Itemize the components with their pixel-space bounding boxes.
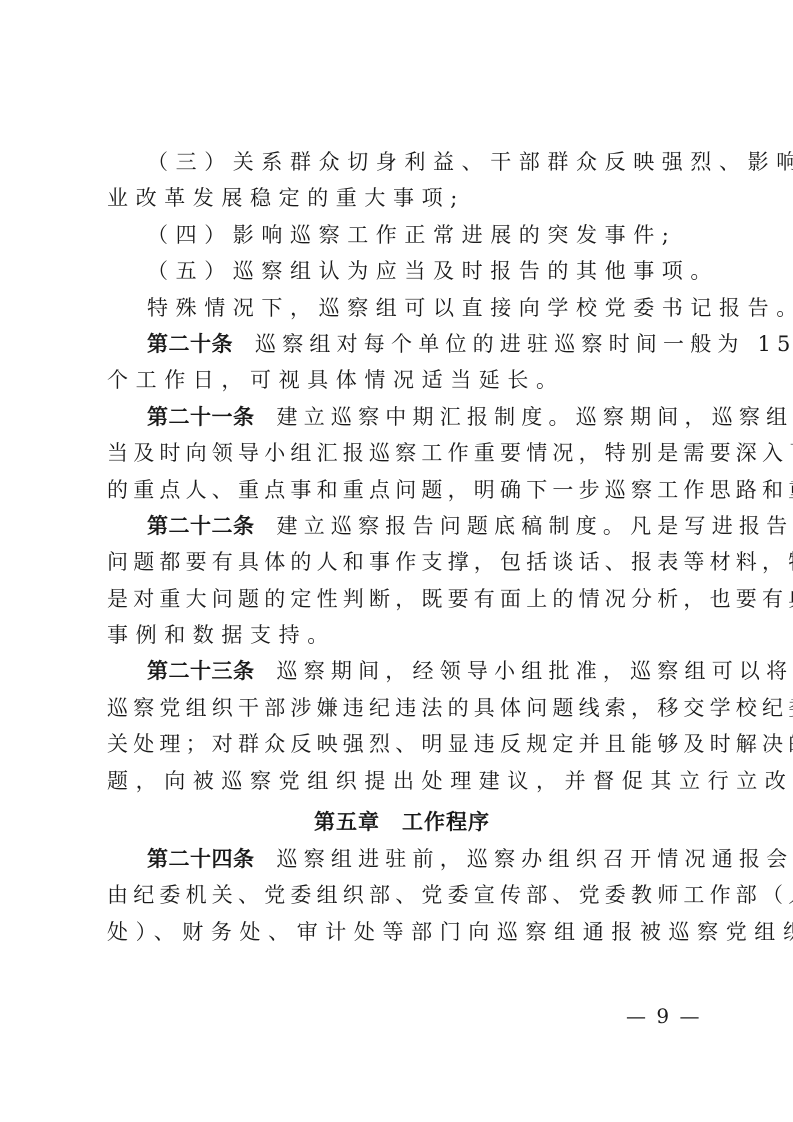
article-text: 建立巡察中期汇报制度。巡察期间，巡察组应 bbox=[277, 405, 793, 429]
chapter-number: 第五章 bbox=[314, 810, 380, 834]
article-label: 第二十二条 bbox=[147, 514, 255, 538]
list-item-3-cont: 业改革发展稳定的重大事项; bbox=[107, 180, 697, 216]
article-text: 巡察期间，经领导小组批准，巡察组可以将被 bbox=[277, 659, 793, 683]
article-23-cont: 巡察党组织干部涉嫌违纪违法的具体问题线索，移交学校纪委机 bbox=[107, 690, 697, 726]
chapter-heading: 第五章工作程序 bbox=[107, 799, 697, 841]
special-case-paragraph: 特殊情况下，巡察组可以直接向学校党委书记报告。 bbox=[107, 290, 697, 326]
article-label: 第二十一条 bbox=[147, 405, 255, 429]
article-23-cont: 关处理；对群众反映强烈、明显违反规定并且能够及时解决的问 bbox=[107, 726, 697, 762]
document-page: （三）关系群众切身利益、干部群众反映强烈、影响学校事 业改革发展稳定的重大事项;… bbox=[107, 144, 697, 950]
article-label: 第二十四条 bbox=[147, 847, 255, 871]
article-22-cont: 是对重大问题的定性判断，既要有面上的情况分析，也要有典型 bbox=[107, 581, 697, 617]
article-21-cont: 的重点人、重点事和重点问题，明确下一步巡察工作思路和重点。 bbox=[107, 472, 697, 508]
article-22-cont: 问题都要有具体的人和事作支撑，包括谈话、报表等材料，特别 bbox=[107, 544, 697, 580]
article-22: 第二十二条建立巡察报告问题底稿制度。凡是写进报告的 bbox=[107, 508, 697, 544]
list-item-4: （四）影响巡察工作正常进展的突发事件; bbox=[107, 217, 697, 253]
article-label: 第二十三条 bbox=[147, 659, 255, 683]
article-20-cont: 个工作日，可视具体情况适当延长。 bbox=[107, 362, 697, 398]
page-number: — 9 — bbox=[626, 1004, 701, 1028]
article-21: 第二十一条建立巡察中期汇报制度。巡察期间，巡察组应 bbox=[107, 399, 697, 435]
article-24-cont: 由纪委机关、党委组织部、党委宣传部、党委教师工作部（人事 bbox=[107, 877, 697, 913]
article-24: 第二十四条巡察组进驻前，巡察办组织召开情况通报会， bbox=[107, 841, 697, 877]
article-text: 巡察组对每个单位的进驻巡察时间一般为 15-30 bbox=[255, 332, 793, 356]
article-23-cont: 题，向被巡察党组织提出处理建议，并督促其立行立改。 bbox=[107, 763, 697, 799]
article-21-cont: 当及时向领导小组汇报巡察工作重要情况，特别是需要深入了解 bbox=[107, 435, 697, 471]
article-label: 第二十条 bbox=[147, 332, 233, 356]
article-text: 建立巡察报告问题底稿制度。凡是写进报告的 bbox=[277, 514, 793, 538]
article-22-cont: 事例和数据支持。 bbox=[107, 617, 697, 653]
chapter-title: 工作程序 bbox=[402, 810, 490, 834]
article-20: 第二十条巡察组对每个单位的进驻巡察时间一般为 15-30 bbox=[107, 326, 697, 362]
article-24-cont: 处）、财务处、审计处等部门向巡察组通报被巡察党组织领导班 bbox=[107, 914, 697, 950]
list-item-3: （三）关系群众切身利益、干部群众反映强烈、影响学校事 bbox=[107, 144, 697, 180]
article-23: 第二十三条巡察期间，经领导小组批准，巡察组可以将被 bbox=[107, 653, 697, 689]
list-item-5: （五）巡察组认为应当及时报告的其他事项。 bbox=[107, 253, 697, 289]
article-text: 巡察组进驻前，巡察办组织召开情况通报会， bbox=[277, 847, 793, 871]
